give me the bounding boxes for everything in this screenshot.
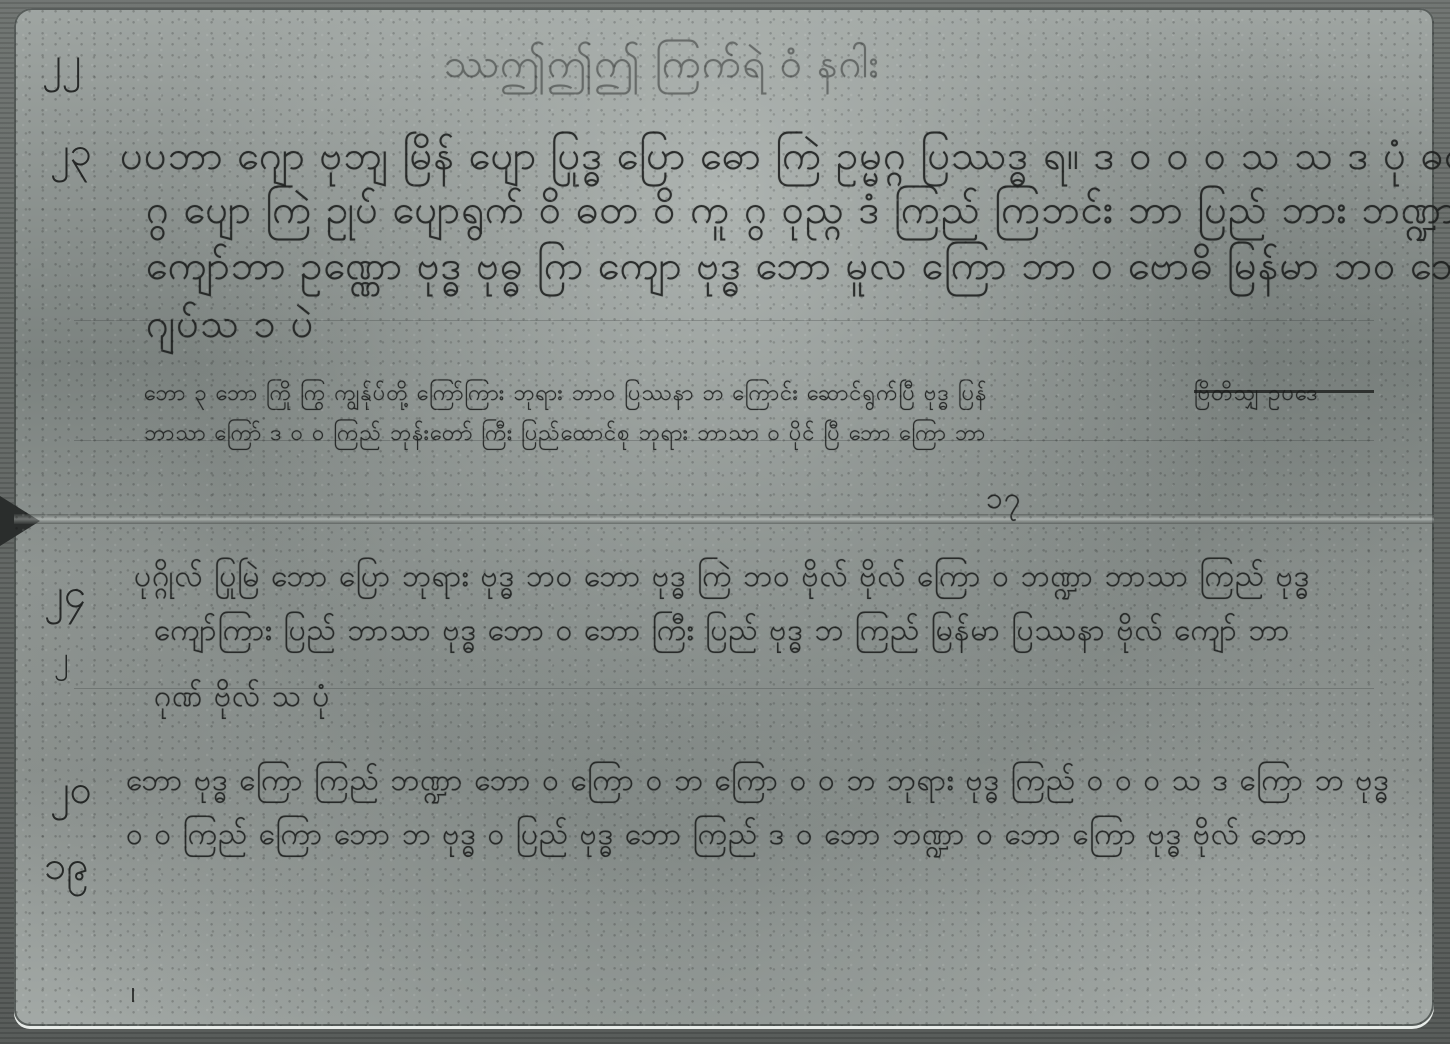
- entry-secondary-margin-number: ၂: [54, 638, 69, 683]
- entry-line: ဘော ၃ ဘော ကြို ကြွ ကျွန်ုပ်တို့ ကြော်ကြာ…: [144, 378, 988, 411]
- ink-mark: [132, 988, 134, 1002]
- entry-line: ဂွ ပျော ကြဲ ဥုပ် ပျောရွက် ဝိ ဓတ ဝိ ကူ ဂွ…: [146, 184, 1450, 243]
- entry-margin-number: ၂၄: [44, 568, 86, 627]
- entry-line: ကျော်ဘာ ဥဏ္ဏော ဗုဒ္ဓ ဗုဓ္ဓ ဂြာ ကျော ဗုဒ္…: [146, 240, 1450, 299]
- strikethrough-mark: [1194, 390, 1374, 393]
- entry-line: ဝ ဝ ကြည် ကြော ဘော ဘ ဗုဒ္ဓ ဝ ပြည် ဗုဒ္ဓ ဘ…: [126, 814, 1308, 859]
- entry-line: ဂုဏ် ဗိုလ် သ ပုံ: [154, 676, 330, 721]
- page-number: ၁၇: [986, 478, 1022, 523]
- entry-secondary-margin-number: ၁၉: [44, 840, 89, 899]
- manuscript-board: ၂၂ ဿဤဤဤ ကြက်ရဲ ဝံ နဂါး ၂၃ ပပဘာ ဂျော ဗုဘျ…: [14, 8, 1434, 1026]
- header-margin-number: ၂၂: [42, 36, 81, 95]
- entry-line: ပုဂ္ဂိုလ် ပြုမြဲ ဘော ပြော ဘုရား ဗုဒ္ဓ ဘဝ…: [134, 556, 1310, 601]
- board-fold: [14, 514, 1434, 524]
- entry-line: ဂျပ်သ ၁ ပဲ: [146, 298, 314, 357]
- entry-margin-number: ၂၃: [50, 126, 92, 185]
- struck-text: ဗြိတိသျှ ဥပဒေ: [1194, 378, 1319, 411]
- entry-line: ဘော ဗုဒ္ဓ ကြော ကြည် ဘဏ္ဍာ ဘော ဝ ကြော ဝ ဘ…: [126, 760, 1390, 805]
- entry-line: ဘာသာ ကြော် ဒ ဝ ဝ ကြည် ဘုန်းတော် ကြီး ပြည…: [144, 418, 986, 451]
- entry-margin-number: ၂၀: [50, 764, 92, 823]
- header-text: ဿဤဤဤ ကြက်ရဲ ဝံ နဂါး: [444, 38, 880, 97]
- entry-line: ကျော်ကြား ပြည် ဘာသာ ဗုဒ္ဓ ဘော ဝ ဘော ကြီး…: [154, 610, 1291, 655]
- entry-line: ပပဘာ ဂျော ဗုဘျ မြိန် ပျော ပြုဒ္ဓ ပြော ဓေ…: [120, 130, 1450, 189]
